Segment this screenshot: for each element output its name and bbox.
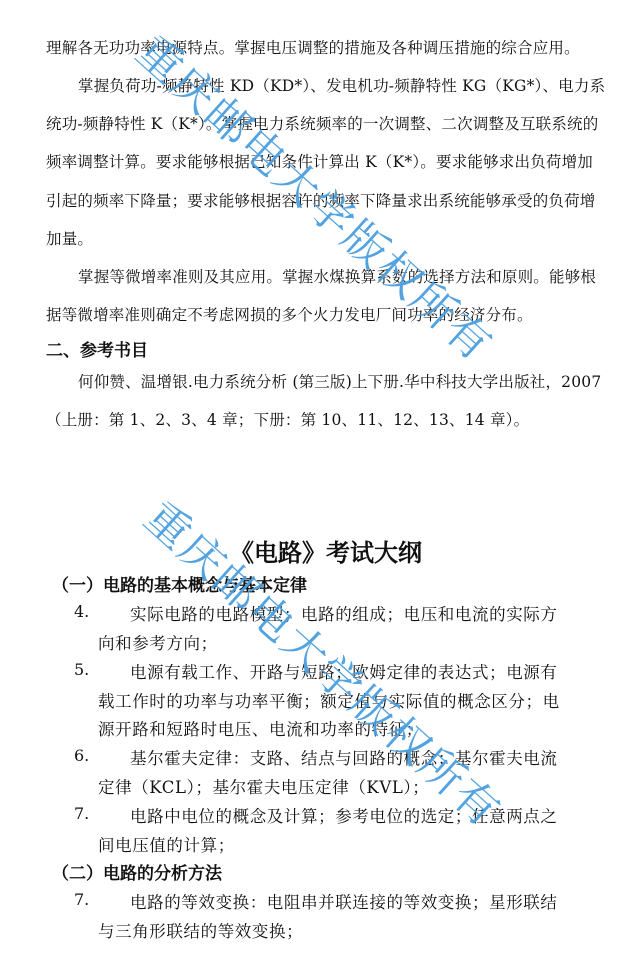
section-heading: （二）电路的分析方法 — [52, 859, 222, 884]
reference-line: 何仰赞、温增银.电力系统分析 (第三版)上下册.华中科技大学出版社，2007 — [78, 375, 601, 391]
item-number: 4. — [74, 602, 89, 621]
document-page: 理解各无功功率电源特点。掌握电压调整的措施及各种调压措施的综合应用。 掌握负荷功… — [0, 0, 631, 969]
paragraph-line: 掌握等微增率准则及其应用。掌握水煤换算系数的选择方法和原则。能够根 — [78, 270, 596, 286]
item-line: 间电压值的计算； — [98, 832, 235, 856]
paragraph-line: 加量。 — [46, 232, 93, 248]
item-line: 定律（KCL）；基尔霍夫电压定律（KVL）； — [98, 774, 429, 798]
item-line: 基尔霍夫定律：支路、结点与回路的概念；基尔霍夫电流 — [130, 745, 558, 769]
item-number: 7. — [74, 804, 89, 823]
reference-line: （上册：第 1、2、3、4 章；下册：第 10、11、12、13、14 章）。 — [46, 413, 529, 429]
paragraph-line: 统功-频静特性 K（K*）。掌握电力系统频率的一次调整、二次调整及互联系统的 — [46, 117, 598, 133]
item-line: 向和参考方向； — [98, 630, 218, 654]
item-line: 实际电路的电路模型；电路的组成；电压和电流的实际方 — [130, 601, 558, 625]
item-line: 与三角形联结的等效变换； — [98, 918, 303, 942]
item-number: 5. — [74, 660, 89, 679]
item-number: 7. — [74, 890, 89, 909]
item-number: 6. — [74, 746, 89, 765]
paragraph-line: 理解各无功功率电源特点。掌握电压调整的措施及各种调压措施的综合应用。 — [46, 41, 580, 57]
item-line: 电路的等效变换：电阻串并联连接的等效变换；星形联结 — [130, 889, 558, 913]
references-heading: 二、参考书目 — [46, 336, 148, 361]
